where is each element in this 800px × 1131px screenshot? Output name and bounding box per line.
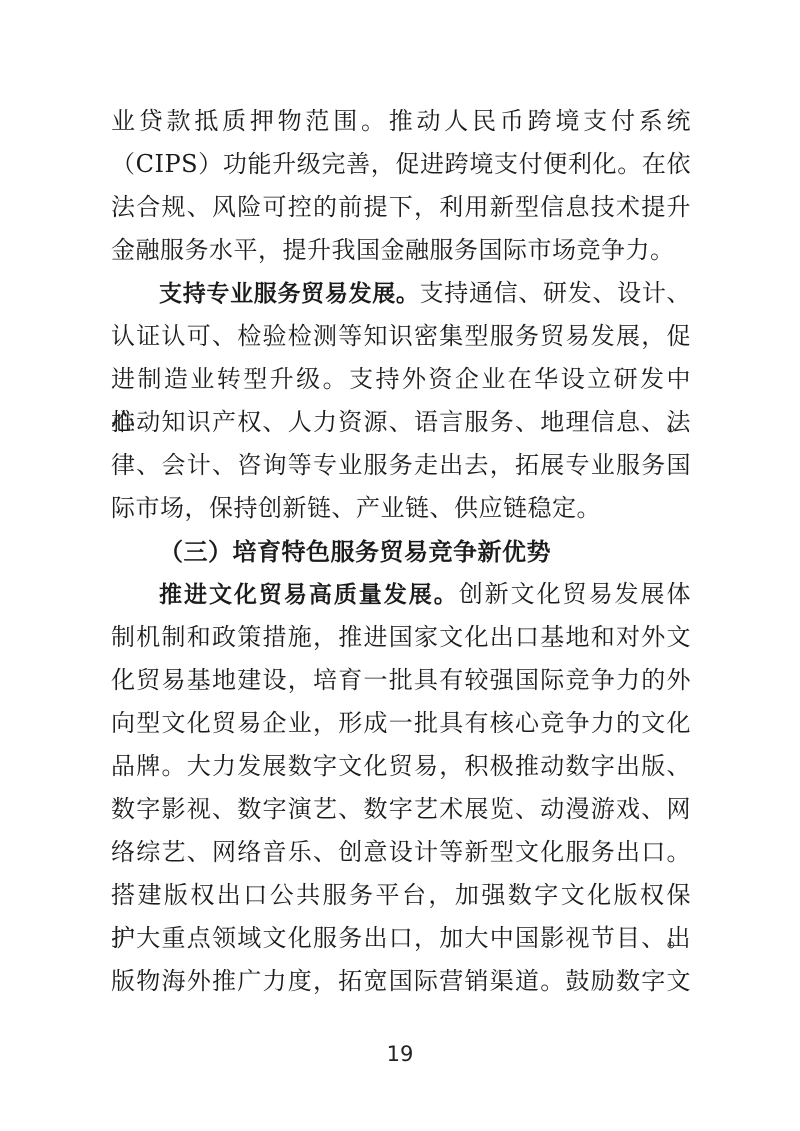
body-text: 业贷款抵质押物范围。推动人民币跨境支付系统 xyxy=(111,107,691,135)
body-text: 化贸易基地建设，培育一批具有较强国际竞争力的外 xyxy=(111,666,691,694)
text-line: 搭建版权出口公共服务平台，加强数字文化版权保护。 xyxy=(111,874,691,917)
body-text: 推动知识产权、人力资源、语言服务、地理信息、法 xyxy=(111,408,691,436)
page-number: 19 xyxy=(0,1042,800,1066)
body-text: 金融服务水平，提升我国金融服务国际市场竞争力。 xyxy=(111,236,675,264)
section-heading: （三）培育特色服务贸易竞争新优势 xyxy=(111,530,691,573)
text-line: 制机制和政策措施，推进国家文化出口基地和对外文 xyxy=(111,616,691,659)
text-line: 化贸易基地建设，培育一批具有较强国际竞争力的外 xyxy=(111,659,691,702)
text-line: 认证认可、检验检测等知识密集型服务贸易发展，促 xyxy=(111,315,691,358)
text-line: 络综艺、网络音乐、创意设计等新型文化服务出口。 xyxy=(111,831,691,874)
body-text: 际市场，保持创新链、产业链、供应链稳定。 xyxy=(111,494,601,522)
body-text: （CIPS）功能升级完善，促进跨境支付便利化。在依 xyxy=(111,150,691,178)
body-text: 数字影视、数字演艺、数字艺术展览、动漫游戏、网 xyxy=(111,795,691,823)
text-line: 法合规、风险可控的前提下，利用新型信息技术提升 xyxy=(111,186,691,229)
body-text: 创新文化贸易发展体 xyxy=(459,580,691,608)
text-line: 金融服务水平，提升我国金融服务国际市场竞争力。 xyxy=(111,229,691,272)
body-text: 络综艺、网络音乐、创意设计等新型文化服务出口。 xyxy=(111,838,691,866)
body-text: 认证认可、检验检测等知识密集型服务贸易发展，促 xyxy=(111,322,691,350)
body-text: 法合规、风险可控的前提下，利用新型信息技术提升 xyxy=(111,193,691,221)
document-text: 业贷款抵质押物范围。推动人民币跨境支付系统（CIPS）功能升级完善，促进跨境支付… xyxy=(111,100,691,1003)
text-line: 扩大重点领域文化服务出口，加大中国影视节目、出 xyxy=(111,917,691,960)
text-line: 向型文化贸易企业，形成一批具有核心竞争力的文化 xyxy=(111,702,691,745)
text-line: 品牌。大力发展数字文化贸易，积极推动数字出版、 xyxy=(111,745,691,788)
text-line: 版物海外推广力度，拓宽国际营销渠道。鼓励数字文 xyxy=(111,960,691,1003)
text-line: 业贷款抵质押物范围。推动人民币跨境支付系统 xyxy=(111,100,691,143)
text-line: 进制造业转型升级。支持外资企业在华设立研发中心。 xyxy=(111,358,691,401)
text-line: 数字影视、数字演艺、数字艺术展览、动漫游戏、网 xyxy=(111,788,691,831)
body-text: 律、会计、咨询等专业服务走出去，拓展专业服务国 xyxy=(111,451,691,479)
emphasis-lead-in: 支持专业服务贸易发展。 xyxy=(159,281,420,307)
body-text: （三）培育特色服务贸易竞争新优势 xyxy=(159,537,551,566)
text-line: 推进文化贸易高质量发展。创新文化贸易发展体 xyxy=(111,573,691,616)
text-line: 际市场，保持创新链、产业链、供应链稳定。 xyxy=(111,487,691,530)
body-text: 品牌。大力发展数字文化贸易，积极推动数字出版、 xyxy=(111,752,691,780)
document-page: 业贷款抵质押物范围。推动人民币跨境支付系统（CIPS）功能升级完善，促进跨境支付… xyxy=(0,0,800,1131)
emphasis-lead-in: 推进文化贸易高质量发展。 xyxy=(159,582,459,608)
body-text: 制机制和政策措施，推进国家文化出口基地和对外文 xyxy=(111,623,691,651)
text-line: 支持专业服务贸易发展。支持通信、研发、设计、 xyxy=(111,272,691,315)
text-line: 推动知识产权、人力资源、语言服务、地理信息、法 xyxy=(111,401,691,444)
body-text: 版物海外推广力度，拓宽国际营销渠道。鼓励数字文 xyxy=(111,967,691,995)
text-line: （CIPS）功能升级完善，促进跨境支付便利化。在依 xyxy=(111,143,691,186)
body-text: 扩大重点领域文化服务出口，加大中国影视节目、出 xyxy=(111,924,691,952)
text-line: 律、会计、咨询等专业服务走出去，拓展专业服务国 xyxy=(111,444,691,487)
body-text: 向型文化贸易企业，形成一批具有核心竞争力的文化 xyxy=(111,709,691,737)
body-text: 支持通信、研发、设计、 xyxy=(420,279,691,307)
